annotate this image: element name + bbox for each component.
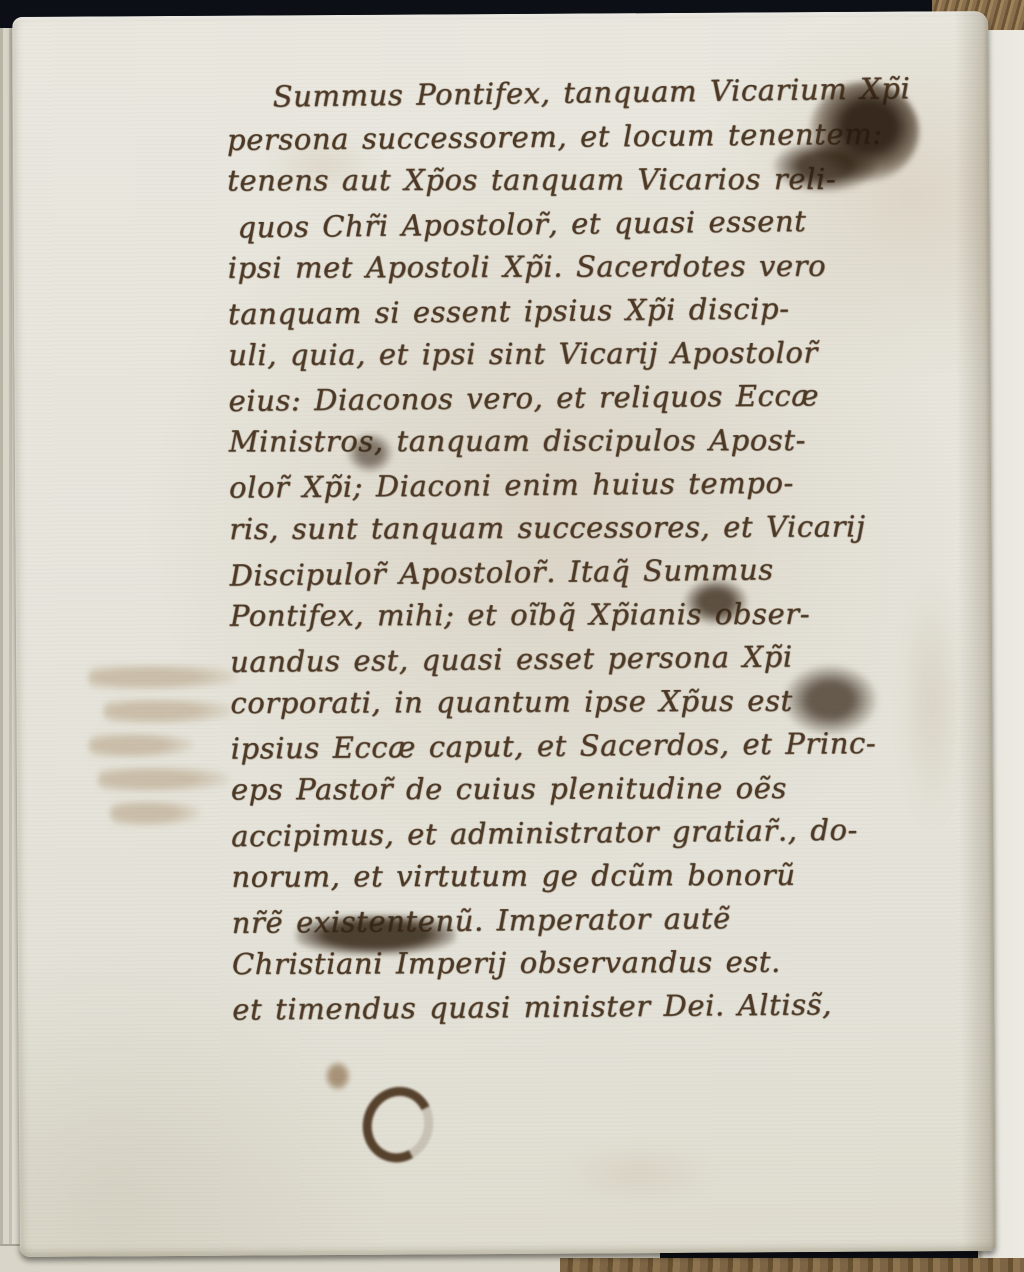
manuscript-line: eius: Diaconos vero, et reliquos Eccæ	[228, 373, 928, 423]
ink-smudge-dot	[325, 1061, 351, 1091]
ink-strikethrough-blot	[296, 914, 456, 955]
paper-stain	[559, 1143, 719, 1204]
book-cover-edge	[560, 1258, 1024, 1272]
manuscript-line: tanquam si essent ipsius Xp̃i discip-	[228, 285, 928, 336]
manuscript-line: eps Pastor̃ de cuius plenitudine oẽs	[231, 767, 931, 812]
manuscript-line: Pontifex, mihi; et oĩbq̃ Xp̃ianis obser-	[230, 592, 930, 638]
manuscript-line: olor̃ Xp̃i; Diaconi enim huius tempo-	[229, 460, 929, 510]
ink-blot-c-mark	[353, 1078, 443, 1172]
manuscript-line: ris, sunt tanquam successores, et Vicari…	[229, 505, 929, 552]
bleedthrough-ghost-text	[88, 656, 239, 837]
ink-blot	[684, 579, 748, 625]
manuscript-line: norum, et virtutum ge dcũm bonorũ	[231, 853, 931, 899]
ink-blot	[347, 433, 393, 473]
manuscript-line: Discipulor̃ Apostolor̃. Itaq̃ Summus	[229, 546, 929, 597]
manuscript-line: et timendus quasi minister Dei. Altiss̃,	[232, 982, 932, 1032]
ink-blot	[782, 664, 878, 737]
manuscript-line: ipsi met Apostoli Xp̃i. Sacerdotes vero	[228, 244, 928, 290]
manuscript-line: quos Chr̃i Apostolor̃, et quasi essent	[227, 198, 927, 249]
manuscript-line: accipimus, et administrator gratiar̃., d…	[231, 807, 931, 858]
manuscript-page: Summus Pontifex, tanquam Vicarium Xp̃i p…	[12, 11, 996, 1257]
manuscript-line: uli, quia, et ipsi sint Vicarij Apostolo…	[228, 331, 928, 378]
manuscript-line: Ministros, tanquam discipulos Apost-	[229, 419, 929, 464]
manuscript-text-block: Summus Pontifex, tanquam Vicarium Xp̃i p…	[227, 69, 933, 1030]
manuscript-scan: Summus Pontifex, tanquam Vicarium Xp̃i p…	[0, 0, 1024, 1272]
